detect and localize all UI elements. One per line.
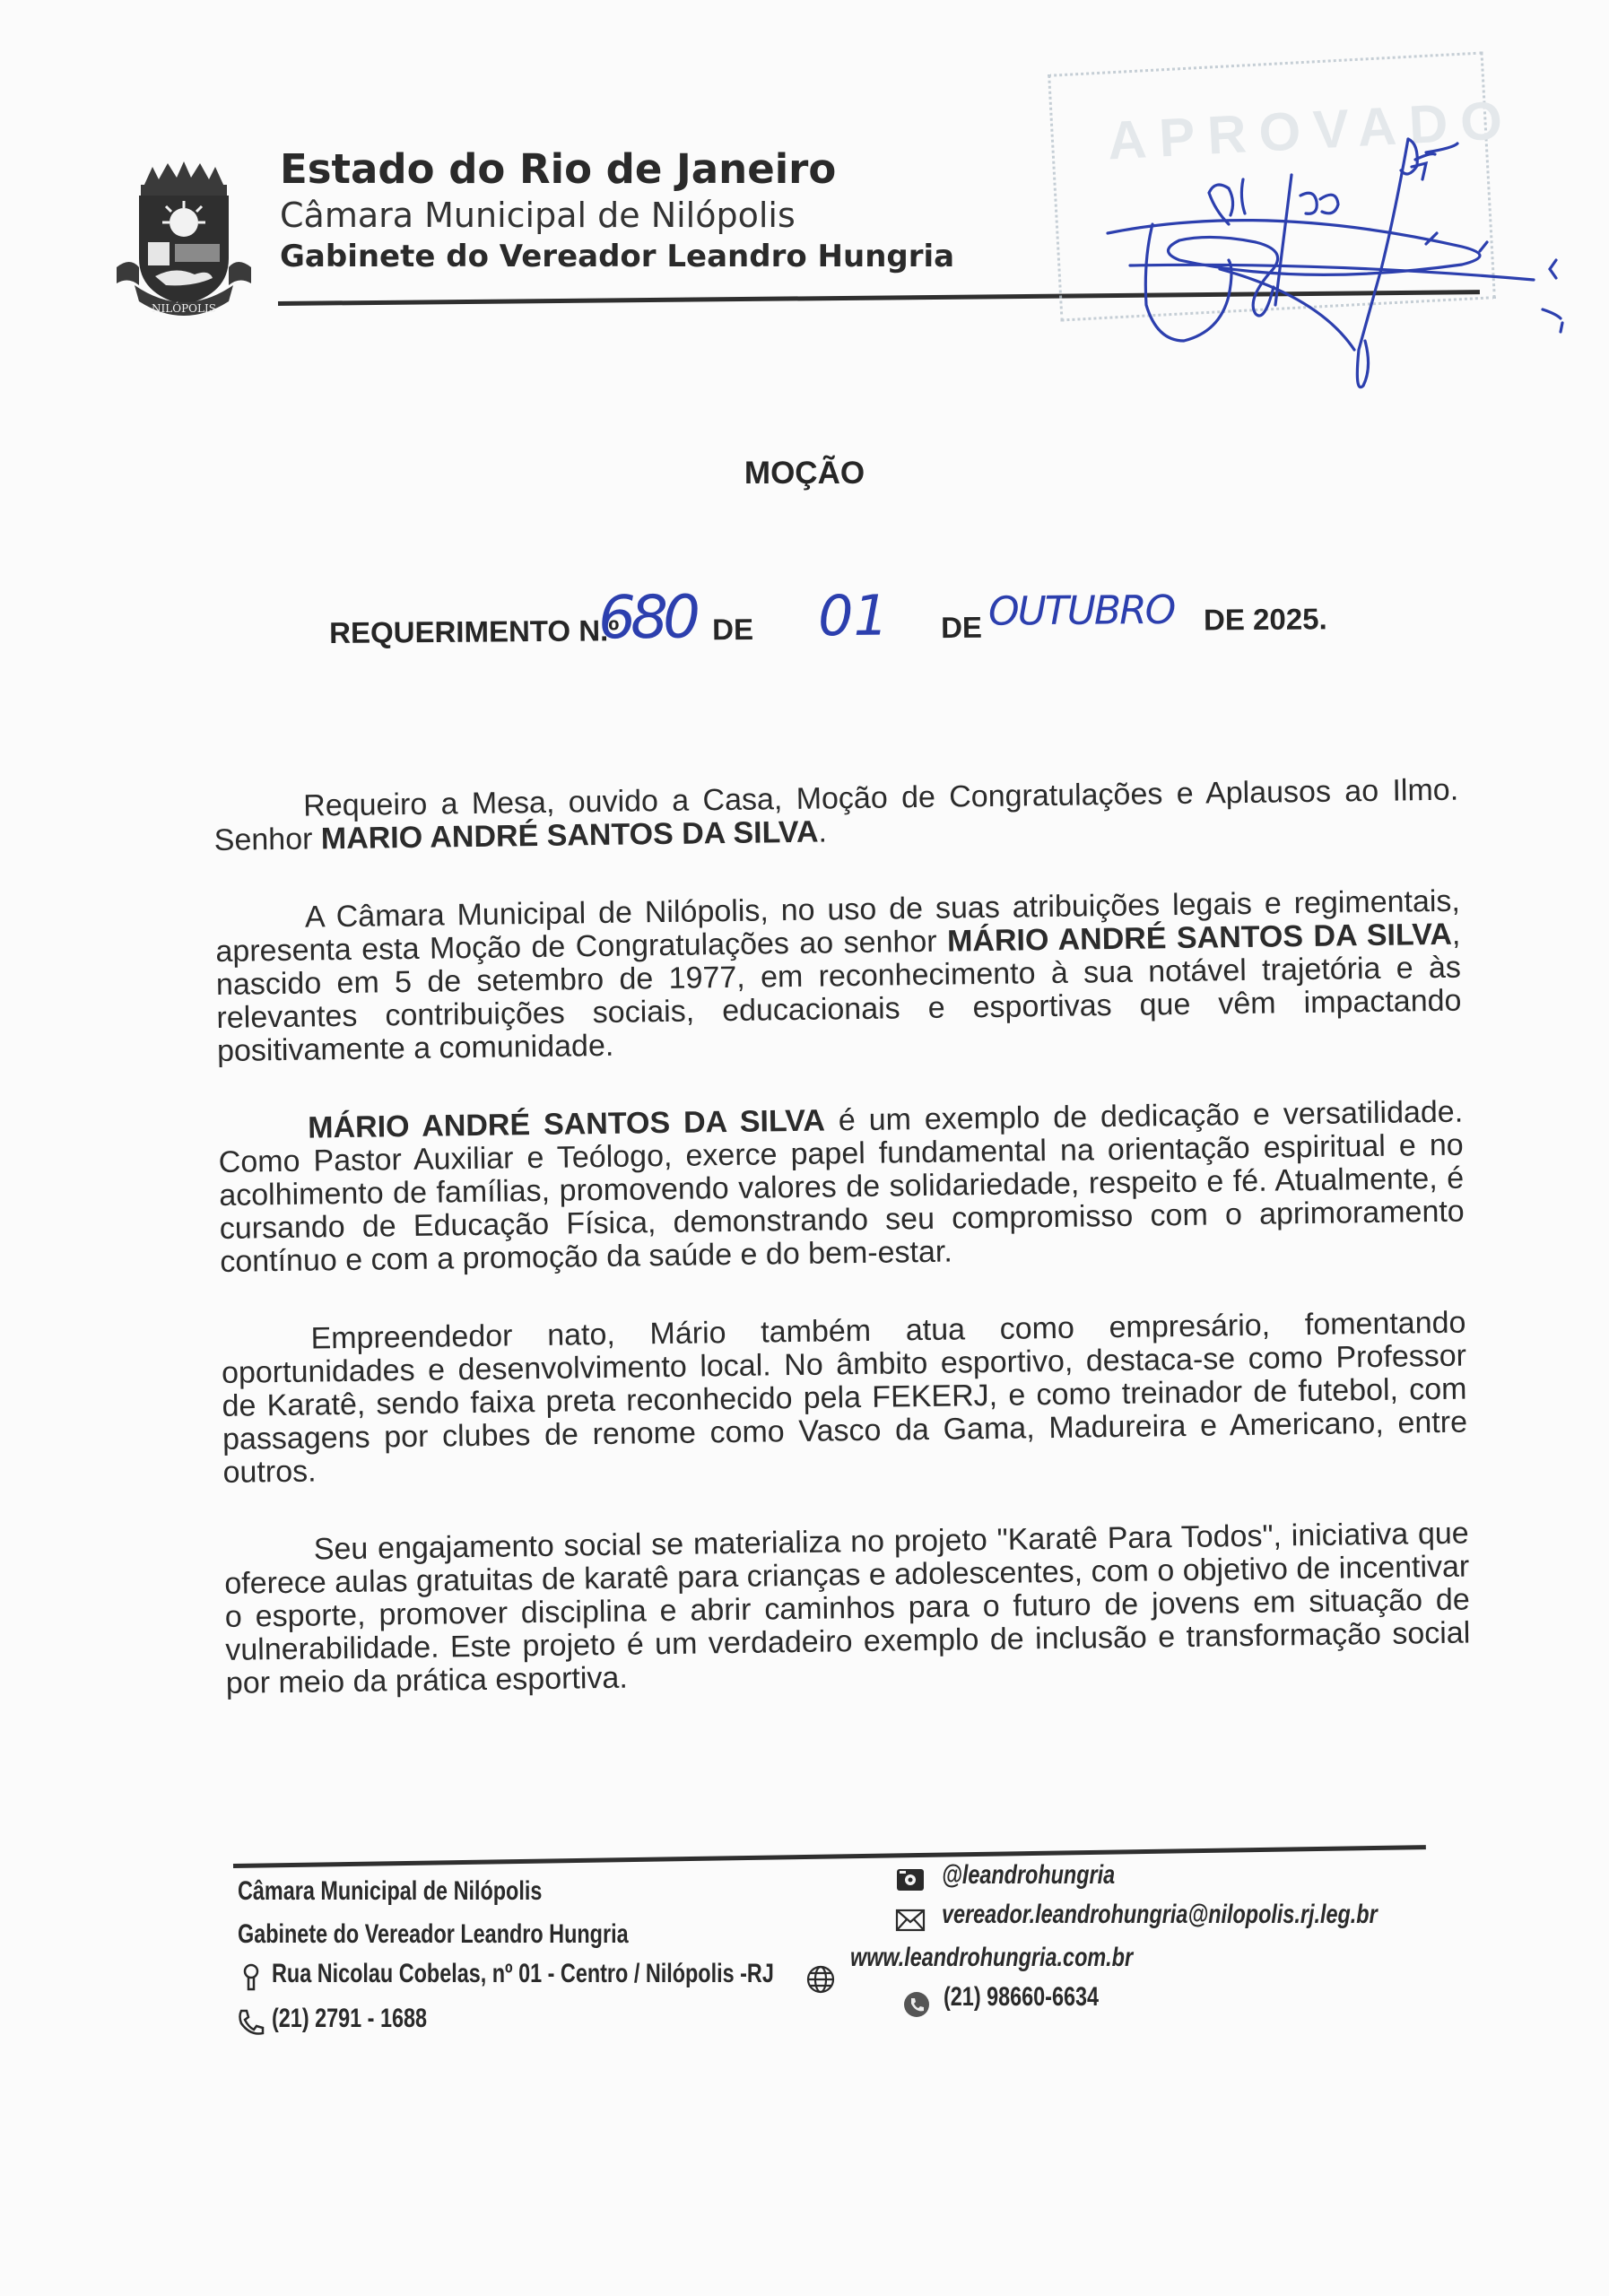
crest-label: NILÓPOLIS <box>152 300 216 315</box>
footer-instagram[interactable]: @leandrohungria <box>942 1860 1115 1891</box>
map-pin-icon <box>236 1962 266 1993</box>
document-body: Requeiro a Mesa, ouvido a Casa, Moção de… <box>213 774 1472 1745</box>
requirement-day: 01 <box>818 583 890 649</box>
footer-divider <box>233 1845 1426 1868</box>
paragraph-dedication: MÁRIO ANDRÉ SANTOS DA SILVA é um exemplo… <box>218 1096 1465 1279</box>
requirement-month: OUTUBRO <box>988 587 1175 635</box>
nilopolis-crest-logo: NILÓPOLIS <box>112 160 256 317</box>
phone-icon <box>236 2007 266 2038</box>
handwritten-signature <box>1031 54 1587 430</box>
camera-icon <box>895 1864 926 1894</box>
requirement-de-1: DE <box>712 613 753 647</box>
requirement-de-2: DE <box>941 611 982 645</box>
paragraph-career: Empreendedor nato, Mário também atua com… <box>221 1307 1467 1490</box>
requirement-line: REQUERIMENTO N.º 680 DE 01 DE OUTUBRO DE… <box>329 570 1361 659</box>
paragraph-introduction: A Câmara Municipal de Nilópolis, no uso … <box>215 885 1462 1068</box>
envelope-icon <box>895 1905 926 1935</box>
requirement-prefix: REQUERIMENTO N.º <box>329 613 619 650</box>
requirement-number: 680 <box>598 582 696 652</box>
honoree-name: MARIO ANDRÉ SANTOS DA SILVA <box>321 815 819 857</box>
paragraph-request: Requeiro a Mesa, ouvido a Casa, Moção de… <box>213 774 1459 857</box>
chamber-heading: Câmara Municipal de Nilópolis <box>280 196 796 235</box>
footer-address: Rua Nicolau Cobelas, nº 01 - Centro / Ni… <box>272 1959 774 1989</box>
globe-icon <box>805 1964 836 1995</box>
paragraph-text: . <box>818 814 827 848</box>
footer-office: Gabinete do Vereador Leandro Hungria <box>238 1919 629 1950</box>
footer-phone: (21) 2791 - 1688 <box>272 2004 427 2034</box>
requirement-year: DE 2025. <box>1204 602 1327 637</box>
state-heading: Estado do Rio de Janeiro <box>280 145 836 193</box>
document-title: MOÇÃO <box>0 456 1609 491</box>
paragraph-social-project: Seu engajamento social se materializa no… <box>224 1518 1471 1700</box>
office-heading: Gabinete do Vereador Leandro Hungria <box>280 239 954 274</box>
footer-chamber: Câmara Municipal de Nilópolis <box>238 1876 542 1907</box>
footer-whatsapp[interactable]: (21) 98660-6634 <box>944 1982 1099 2013</box>
footer-email[interactable]: vereador.leandrohungria@nilopolis.rj.leg… <box>942 1900 1378 1930</box>
footer-website[interactable]: www.leandrohungria.com.br <box>850 1943 1133 1973</box>
whatsapp-icon <box>901 1989 932 2020</box>
